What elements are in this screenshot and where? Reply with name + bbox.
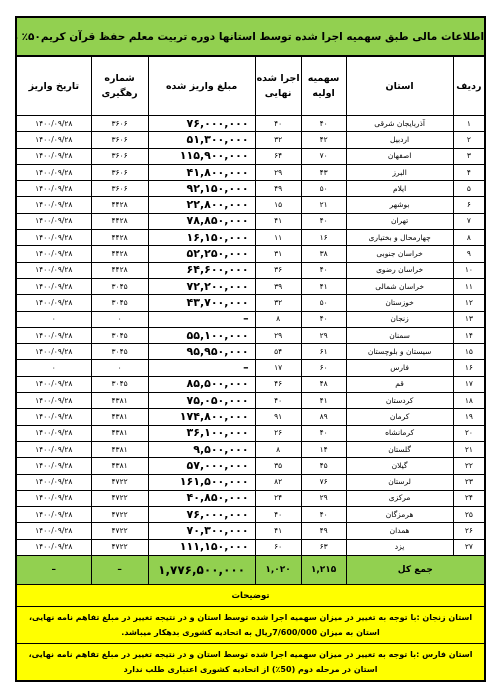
cell-final-executed: ۳۵ [255, 458, 301, 474]
cell-row: ۲ [453, 132, 485, 148]
col-header-province: استان [346, 56, 453, 116]
cell-initial-quota: ۴۵ [301, 458, 346, 474]
cell-row: ۱۵ [453, 344, 485, 360]
cell-deposit-date: ۱۴۰۰/۰۹/۲۸ [16, 230, 91, 246]
cell-deposit-date: ۱۴۰۰/۰۹/۲۸ [16, 425, 91, 441]
cell-amount-paid: ۸۵,۵۰۰,۰۰۰ [148, 376, 255, 392]
table-row: ۱۳ زنجان ۴۰ ۸ – ۰ ۰ [16, 311, 485, 327]
col-header-amount-paid: مبلغ واریز شده [148, 56, 255, 116]
cell-row: ۱۴ [453, 327, 485, 343]
cell-tracking-number: ۳۶۰۶ [91, 181, 148, 197]
cell-final-executed: ۳۲ [255, 295, 301, 311]
cell-province: زنجان [346, 311, 453, 327]
note-fars: استان فارس :با توجه به تغییر در میزان سه… [16, 644, 485, 682]
cell-row: ۲۲ [453, 458, 485, 474]
cell-amount-paid: ۵۵,۱۰۰,۰۰۰ [148, 327, 255, 343]
cell-row: ۵ [453, 181, 485, 197]
cell-initial-quota: ۴۳ [301, 164, 346, 180]
cell-amount-paid: ۱۶,۱۵۰,۰۰۰ [148, 230, 255, 246]
financial-report-sheet: اطلاعات مالی طبق سهمیه اجرا شده توسط است… [15, 16, 484, 682]
cell-tracking-number: ۰ [91, 360, 148, 376]
cell-tracking-number: ۴۷۲۲ [91, 474, 148, 490]
cell-tracking-number: ۳۰۴۵ [91, 295, 148, 311]
cell-initial-quota: ۸۹ [301, 409, 346, 425]
table-row: ۲۶ همدان ۴۹ ۴۱ ۷۰,۳۰۰,۰۰۰ ۴۷۲۲ ۱۴۰۰/۰۹/۲… [16, 523, 485, 539]
cell-final-executed: ۵۴ [255, 344, 301, 360]
cell-tracking-number: ۴۷۲۲ [91, 539, 148, 555]
cell-row: ۲۴ [453, 490, 485, 506]
table-row: ۱۲ خوزستان ۵۰ ۳۲ ۴۳,۷۰۰,۰۰۰ ۳۰۴۵ ۱۴۰۰/۰۹… [16, 295, 485, 311]
cell-row: ۱۰ [453, 262, 485, 278]
table-row: ۲۷ یزد ۶۳ ۶۰ ۱۱۱,۱۵۰,۰۰۰ ۴۷۲۲ ۱۴۰۰/۰۹/۲۸ [16, 539, 485, 555]
cell-tracking-number: ۴۴۲۸ [91, 246, 148, 262]
financial-table: اطلاعات مالی طبق سهمیه اجرا شده توسط است… [15, 16, 486, 682]
cell-deposit-date: ۱۴۰۰/۰۹/۲۸ [16, 295, 91, 311]
cell-row: ۱۸ [453, 393, 485, 409]
cell-deposit-date: ۰ [16, 360, 91, 376]
notes-heading: توضیحات [16, 585, 485, 607]
cell-amount-paid: ۵۲,۲۵۰,۰۰۰ [148, 246, 255, 262]
cell-amount-paid: ۷۸,۸۵۰,۰۰۰ [148, 213, 255, 229]
title-row: اطلاعات مالی طبق سهمیه اجرا شده توسط است… [16, 17, 485, 56]
cell-final-executed: ۴۱ [255, 523, 301, 539]
cell-tracking-number: ۴۷۲۲ [91, 490, 148, 506]
total-date: – [16, 556, 91, 585]
cell-row: ۱۹ [453, 409, 485, 425]
table-row: ۱۹ کرمان ۸۹ ۹۱ ۱۷۴,۸۰۰,۰۰۰ ۴۳۸۱ ۱۴۰۰/۰۹/… [16, 409, 485, 425]
cell-initial-quota: ۴۰ [301, 507, 346, 523]
note-row-zanjan: استان زنجان :با توجه به تغییر در میزان س… [16, 607, 485, 644]
cell-province: بوشهر [346, 197, 453, 213]
cell-deposit-date: ۰ [16, 311, 91, 327]
cell-amount-paid: ۳۶,۱۰۰,۰۰۰ [148, 425, 255, 441]
cell-tracking-number: ۳۶۰۶ [91, 164, 148, 180]
cell-amount-paid: ۹,۵۰۰,۰۰۰ [148, 441, 255, 457]
cell-tracking-number: ۳۰۴۵ [91, 278, 148, 294]
table-row: ۱۰ خراسان رضوی ۴۰ ۳۶ ۶۴,۶۰۰,۰۰۰ ۴۴۲۸ ۱۴۰… [16, 262, 485, 278]
table-row: ۴ البرز ۴۳ ۲۹ ۴۱,۸۰۰,۰۰۰ ۳۶۰۶ ۱۴۰۰/۰۹/۲۸ [16, 164, 485, 180]
total-label: جمع کل [346, 556, 485, 585]
cell-amount-paid: – [148, 311, 255, 327]
col-header-row: ردیف [453, 56, 485, 116]
cell-row: ۱ [453, 116, 485, 132]
cell-deposit-date: ۱۴۰۰/۰۹/۲۸ [16, 376, 91, 392]
header-row: ردیف استان سهمیه اولیه اجرا شده نهایی مب… [16, 56, 485, 116]
table-row: ۶ بوشهر ۲۱ ۱۵ ۲۲,۸۰۰,۰۰۰ ۴۴۲۸ ۱۴۰۰/۰۹/۲۸ [16, 197, 485, 213]
cell-amount-paid: ۱۶۱,۵۰۰,۰۰۰ [148, 474, 255, 490]
cell-initial-quota: ۴۹ [301, 523, 346, 539]
cell-initial-quota: ۷۰ [301, 148, 346, 164]
cell-row: ۱۷ [453, 376, 485, 392]
cell-initial-quota: ۴۲ [301, 132, 346, 148]
cell-row: ۷ [453, 213, 485, 229]
cell-initial-quota: ۴۰ [301, 425, 346, 441]
cell-tracking-number: ۳۶۰۶ [91, 116, 148, 132]
cell-row: ۹ [453, 246, 485, 262]
table-row: ۲۰ کرمانشاه ۴۰ ۲۶ ۳۶,۱۰۰,۰۰۰ ۴۳۸۱ ۱۴۰۰/۰… [16, 425, 485, 441]
table-row: ۱۸ کردستان ۴۱ ۴۰ ۷۵,۰۵۰,۰۰۰ ۴۳۸۱ ۱۴۰۰/۰۹… [16, 393, 485, 409]
cell-tracking-number: ۴۴۲۸ [91, 230, 148, 246]
cell-amount-paid: ۹۲,۱۵۰,۰۰۰ [148, 181, 255, 197]
cell-final-executed: ۱۱ [255, 230, 301, 246]
cell-amount-paid: ۵۷,۰۰۰,۰۰۰ [148, 458, 255, 474]
cell-province: تهران [346, 213, 453, 229]
cell-initial-quota: ۴۰ [301, 262, 346, 278]
cell-amount-paid: ۷۵,۰۵۰,۰۰۰ [148, 393, 255, 409]
cell-initial-quota: ۴۱ [301, 393, 346, 409]
cell-final-executed: ۱۷ [255, 360, 301, 376]
total-row: جمع کل ۱,۲۱۵ ۱,۰۲۰ ۱,۷۷۶,۵۰۰,۰۰۰ – – [16, 556, 485, 585]
cell-row: ۱۲ [453, 295, 485, 311]
cell-final-executed: ۴۹ [255, 181, 301, 197]
cell-final-executed: ۳۶ [255, 262, 301, 278]
cell-tracking-number: ۳۶۰۶ [91, 148, 148, 164]
cell-amount-paid: ۹۵,۹۵۰,۰۰۰ [148, 344, 255, 360]
cell-row: ۲۰ [453, 425, 485, 441]
cell-amount-paid: ۱۷۴,۸۰۰,۰۰۰ [148, 409, 255, 425]
cell-final-executed: ۴۱ [255, 213, 301, 229]
cell-province: چهارمحال و بختیاری [346, 230, 453, 246]
table-row: ۸ چهارمحال و بختیاری ۱۶ ۱۱ ۱۶,۱۵۰,۰۰۰ ۴۴… [16, 230, 485, 246]
cell-initial-quota: ۴۱ [301, 278, 346, 294]
cell-province: سمنان [346, 327, 453, 343]
cell-deposit-date: ۱۴۰۰/۰۹/۲۸ [16, 393, 91, 409]
cell-tracking-number: ۴۳۸۱ [91, 409, 148, 425]
col-header-deposit-date: تاریخ واریز [16, 56, 91, 116]
cell-amount-paid: ۵۱,۳۰۰,۰۰۰ [148, 132, 255, 148]
cell-tracking-number: ۴۴۲۸ [91, 197, 148, 213]
cell-initial-quota: ۱۴ [301, 441, 346, 457]
cell-amount-paid: ۱۱۱,۱۵۰,۰۰۰ [148, 539, 255, 555]
col-header-final-executed: اجرا شده نهایی [255, 56, 301, 116]
cell-final-executed: ۸ [255, 441, 301, 457]
cell-tracking-number: ۴۴۲۸ [91, 213, 148, 229]
total-quota: ۱,۲۱۵ [301, 556, 346, 585]
cell-amount-paid: ۷۰,۳۰۰,۰۰۰ [148, 523, 255, 539]
cell-province: سیستان و بلوچستان [346, 344, 453, 360]
cell-final-executed: ۳۹ [255, 278, 301, 294]
cell-tracking-number: ۳۶۰۶ [91, 132, 148, 148]
cell-province: ایلام [346, 181, 453, 197]
cell-deposit-date: ۱۴۰۰/۰۹/۲۸ [16, 441, 91, 457]
cell-province: اردبیل [346, 132, 453, 148]
cell-initial-quota: ۳۸ [301, 246, 346, 262]
cell-final-executed: ۲۹ [255, 327, 301, 343]
cell-deposit-date: ۱۴۰۰/۰۹/۲۸ [16, 490, 91, 506]
cell-deposit-date: ۱۴۰۰/۰۹/۲۸ [16, 262, 91, 278]
cell-province: مرکزی [346, 490, 453, 506]
cell-deposit-date: ۱۴۰۰/۰۹/۲۸ [16, 246, 91, 262]
cell-deposit-date: ۱۴۰۰/۰۹/۲۸ [16, 213, 91, 229]
cell-province: همدان [346, 523, 453, 539]
table-row: ۱۷ قم ۴۸ ۴۶ ۸۵,۵۰۰,۰۰۰ ۳۰۴۵ ۱۴۰۰/۰۹/۲۸ [16, 376, 485, 392]
table-row: ۱۵ سیستان و بلوچستان ۶۱ ۵۴ ۹۵,۹۵۰,۰۰۰ ۳۰… [16, 344, 485, 360]
cell-initial-quota: ۲۱ [301, 197, 346, 213]
cell-amount-paid: ۴۱,۸۰۰,۰۰۰ [148, 164, 255, 180]
cell-final-executed: ۲۹ [255, 164, 301, 180]
cell-tracking-number: ۳۰۴۵ [91, 327, 148, 343]
cell-province: اصفهان [346, 148, 453, 164]
cell-province: گلستان [346, 441, 453, 457]
cell-amount-paid: ۷۶,۰۰۰,۰۰۰ [148, 116, 255, 132]
cell-deposit-date: ۱۴۰۰/۰۹/۲۸ [16, 278, 91, 294]
cell-province: کرمان [346, 409, 453, 425]
cell-initial-quota: ۶۰ [301, 360, 346, 376]
cell-province: البرز [346, 164, 453, 180]
cell-initial-quota: ۶۱ [301, 344, 346, 360]
cell-deposit-date: ۱۴۰۰/۰۹/۲۸ [16, 344, 91, 360]
table-row: ۹ خراسان جنوبی ۳۸ ۳۱ ۵۲,۲۵۰,۰۰۰ ۴۴۲۸ ۱۴۰… [16, 246, 485, 262]
cell-row: ۳ [453, 148, 485, 164]
cell-initial-quota: ۵۰ [301, 181, 346, 197]
cell-final-executed: ۴۶ [255, 376, 301, 392]
cell-row: ۲۷ [453, 539, 485, 555]
cell-deposit-date: ۱۴۰۰/۰۹/۲۸ [16, 148, 91, 164]
cell-deposit-date: ۱۴۰۰/۰۹/۲۸ [16, 539, 91, 555]
table-row: ۲۲ گیلان ۴۵ ۳۵ ۵۷,۰۰۰,۰۰۰ ۴۳۸۱ ۱۴۰۰/۰۹/۲… [16, 458, 485, 474]
cell-province: کرمانشاه [346, 425, 453, 441]
cell-deposit-date: ۱۴۰۰/۰۹/۲۸ [16, 116, 91, 132]
cell-final-executed: ۴۰ [255, 116, 301, 132]
cell-row: ۸ [453, 230, 485, 246]
cell-province: یزد [346, 539, 453, 555]
cell-amount-paid: ۴۰,۸۵۰,۰۰۰ [148, 490, 255, 506]
cell-amount-paid: ۲۲,۸۰۰,۰۰۰ [148, 197, 255, 213]
cell-row: ۲۶ [453, 523, 485, 539]
total-amount: ۱,۷۷۶,۵۰۰,۰۰۰ [148, 556, 255, 585]
cell-deposit-date: ۱۴۰۰/۰۹/۲۸ [16, 409, 91, 425]
cell-row: ۱۶ [453, 360, 485, 376]
table-row: ۳ اصفهان ۷۰ ۶۴ ۱۱۵,۹۰۰,۰۰۰ ۳۶۰۶ ۱۴۰۰/۰۹/… [16, 148, 485, 164]
cell-amount-paid: ۶۴,۶۰۰,۰۰۰ [148, 262, 255, 278]
table-row: ۲۵ هرمزگان ۴۰ ۴۰ ۷۶,۰۰۰,۰۰۰ ۴۷۲۲ ۱۴۰۰/۰۹… [16, 507, 485, 523]
cell-amount-paid: ۷۶,۰۰۰,۰۰۰ [148, 507, 255, 523]
cell-final-executed: ۴۰ [255, 393, 301, 409]
table-row: ۵ ایلام ۵۰ ۴۹ ۹۲,۱۵۰,۰۰۰ ۳۶۰۶ ۱۴۰۰/۰۹/۲۸ [16, 181, 485, 197]
cell-initial-quota: ۴۸ [301, 376, 346, 392]
table-row: ۲۴ مرکزی ۲۹ ۲۴ ۴۰,۸۵۰,۰۰۰ ۴۷۲۲ ۱۴۰۰/۰۹/۲… [16, 490, 485, 506]
table-row: ۲ اردبیل ۴۲ ۳۲ ۵۱,۳۰۰,۰۰۰ ۳۶۰۶ ۱۴۰۰/۰۹/۲… [16, 132, 485, 148]
cell-province: لرستان [346, 474, 453, 490]
cell-final-executed: ۲۴ [255, 490, 301, 506]
cell-province: فارس [346, 360, 453, 376]
cell-initial-quota: ۱۶ [301, 230, 346, 246]
cell-province: قم [346, 376, 453, 392]
table-row: ۱ آذربایجان شرقی ۴۰ ۴۰ ۷۶,۰۰۰,۰۰۰ ۳۶۰۶ ۱… [16, 116, 485, 132]
cell-province: کردستان [346, 393, 453, 409]
cell-initial-quota: ۴۰ [301, 213, 346, 229]
cell-final-executed: ۲۶ [255, 425, 301, 441]
col-header-initial-quota: سهمیه اولیه [301, 56, 346, 116]
cell-deposit-date: ۱۴۰۰/۰۹/۲۸ [16, 164, 91, 180]
cell-tracking-number: ۴۳۸۱ [91, 393, 148, 409]
cell-province: خراسان رضوی [346, 262, 453, 278]
cell-row: ۶ [453, 197, 485, 213]
cell-deposit-date: ۱۴۰۰/۰۹/۲۸ [16, 132, 91, 148]
note-zanjan: استان زنجان :با توجه به تغییر در میزان س… [16, 607, 485, 644]
cell-initial-quota: ۷۶ [301, 474, 346, 490]
cell-final-executed: ۶۰ [255, 539, 301, 555]
report-title: اطلاعات مالی طبق سهمیه اجرا شده توسط است… [16, 17, 485, 56]
cell-final-executed: ۴۰ [255, 507, 301, 523]
cell-province: خراسان شمالی [346, 278, 453, 294]
cell-initial-quota: ۵۰ [301, 295, 346, 311]
cell-province: هرمزگان [346, 507, 453, 523]
cell-tracking-number: ۴۳۸۱ [91, 458, 148, 474]
cell-final-executed: ۸ [255, 311, 301, 327]
cell-initial-quota: ۲۹ [301, 490, 346, 506]
cell-row: ۲۵ [453, 507, 485, 523]
total-executed: ۱,۰۲۰ [255, 556, 301, 585]
cell-tracking-number: ۳۰۴۵ [91, 376, 148, 392]
cell-tracking-number: ۴۴۲۸ [91, 262, 148, 278]
table-row: ۲۱ گلستان ۱۴ ۸ ۹,۵۰۰,۰۰۰ ۴۳۸۱ ۱۴۰۰/۰۹/۲۸ [16, 441, 485, 457]
cell-province: خوزستان [346, 295, 453, 311]
cell-deposit-date: ۱۴۰۰/۰۹/۲۸ [16, 181, 91, 197]
table-row: ۱۴ سمنان ۲۹ ۲۹ ۵۵,۱۰۰,۰۰۰ ۳۰۴۵ ۱۴۰۰/۰۹/۲… [16, 327, 485, 343]
cell-initial-quota: ۶۳ [301, 539, 346, 555]
cell-row: ۲۳ [453, 474, 485, 490]
cell-province: گیلان [346, 458, 453, 474]
cell-amount-paid: – [148, 360, 255, 376]
cell-initial-quota: ۴۰ [301, 311, 346, 327]
cell-initial-quota: ۴۰ [301, 116, 346, 132]
cell-row: ۲۱ [453, 441, 485, 457]
cell-final-executed: ۶۴ [255, 148, 301, 164]
table-row: ۲۳ لرستان ۷۶ ۸۲ ۱۶۱,۵۰۰,۰۰۰ ۴۷۲۲ ۱۴۰۰/۰۹… [16, 474, 485, 490]
cell-deposit-date: ۱۴۰۰/۰۹/۲۸ [16, 474, 91, 490]
cell-row: ۱۳ [453, 311, 485, 327]
cell-final-executed: ۳۲ [255, 132, 301, 148]
cell-deposit-date: ۱۴۰۰/۰۹/۲۸ [16, 458, 91, 474]
table-row: ۱۶ فارس ۶۰ ۱۷ – ۰ ۰ [16, 360, 485, 376]
cell-tracking-number: ۳۰۴۵ [91, 344, 148, 360]
cell-amount-paid: ۷۲,۲۰۰,۰۰۰ [148, 278, 255, 294]
table-row: ۱۱ خراسان شمالی ۴۱ ۳۹ ۷۲,۲۰۰,۰۰۰ ۳۰۴۵ ۱۴… [16, 278, 485, 294]
cell-deposit-date: ۱۴۰۰/۰۹/۲۸ [16, 197, 91, 213]
cell-province: آذربایجان شرقی [346, 116, 453, 132]
cell-row: ۴ [453, 164, 485, 180]
table-row: ۷ تهران ۴۰ ۴۱ ۷۸,۸۵۰,۰۰۰ ۴۴۲۸ ۱۴۰۰/۰۹/۲۸ [16, 213, 485, 229]
cell-final-executed: ۱۵ [255, 197, 301, 213]
cell-deposit-date: ۱۴۰۰/۰۹/۲۸ [16, 507, 91, 523]
cell-tracking-number: ۴۳۸۱ [91, 425, 148, 441]
cell-final-executed: ۳۱ [255, 246, 301, 262]
notes-heading-row: توضیحات [16, 585, 485, 607]
note-row-fars: استان فارس :با توجه به تغییر در میزان سه… [16, 644, 485, 682]
cell-tracking-number: ۴۳۸۱ [91, 441, 148, 457]
cell-final-executed: ۹۱ [255, 409, 301, 425]
cell-initial-quota: ۲۹ [301, 327, 346, 343]
cell-tracking-number: ۴۷۲۲ [91, 523, 148, 539]
total-tracking: – [91, 556, 148, 585]
cell-deposit-date: ۱۴۰۰/۰۹/۲۸ [16, 523, 91, 539]
cell-amount-paid: ۴۳,۷۰۰,۰۰۰ [148, 295, 255, 311]
cell-tracking-number: ۰ [91, 311, 148, 327]
cell-final-executed: ۸۲ [255, 474, 301, 490]
col-header-tracking-number: شماره رهگیری [91, 56, 148, 116]
cell-tracking-number: ۴۷۲۲ [91, 507, 148, 523]
cell-amount-paid: ۱۱۵,۹۰۰,۰۰۰ [148, 148, 255, 164]
cell-province: خراسان جنوبی [346, 246, 453, 262]
cell-row: ۱۱ [453, 278, 485, 294]
cell-deposit-date: ۱۴۰۰/۰۹/۲۸ [16, 327, 91, 343]
